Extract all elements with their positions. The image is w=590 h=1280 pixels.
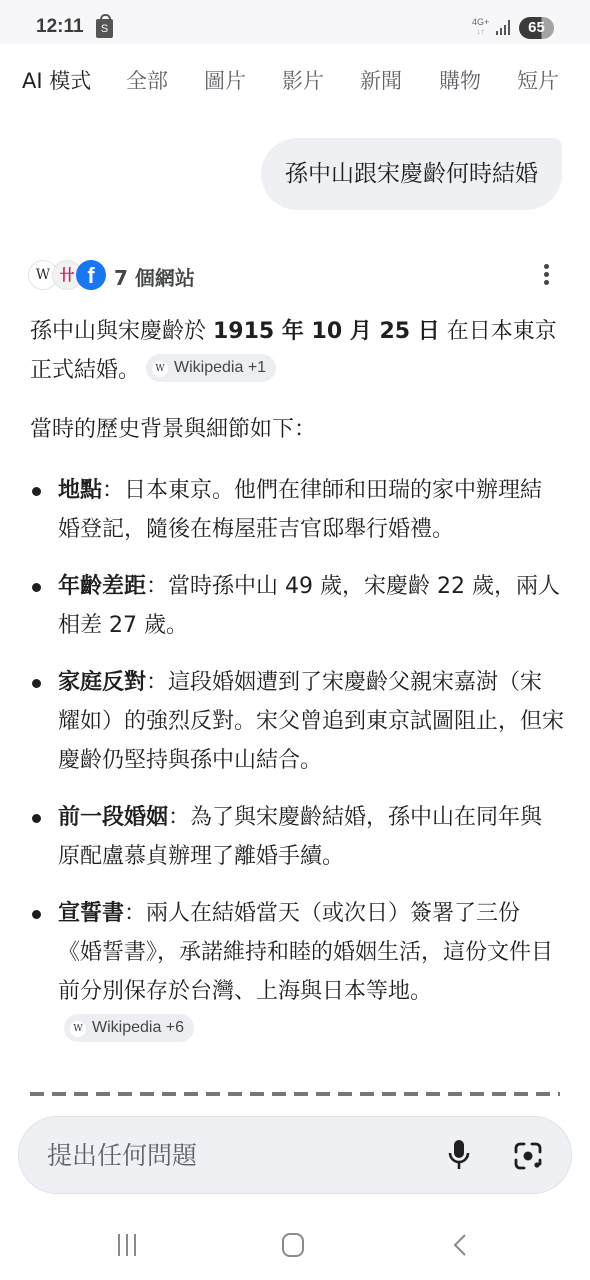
bullet-title: 地點	[58, 478, 102, 503]
answer-bullet-list: 地點：日本東京。他們在律師和田瑞的家中辦理結婚登記，隨後在梅屋莊吉官邸舉行婚禮。…	[30, 471, 564, 1050]
microphone-icon[interactable]	[447, 1139, 471, 1171]
signal-strength-icon	[496, 20, 512, 35]
answer-lead-text: 孫中山與宋慶齡於	[30, 319, 213, 344]
status-time: 12:11	[36, 16, 84, 38]
shopping-bag-icon: S	[96, 19, 113, 38]
tab-images[interactable]: 圖片	[204, 65, 246, 95]
list-item: 宣誓書：兩人在結婚當天（或次日）簽署了三份《婚誓書》，承諾維持和睦的婚姻生活，這…	[30, 894, 564, 1050]
ai-answer: 孫中山與宋慶齡於 1915 年 10 月 25 日 在日本東京正式結婚。WWik…	[30, 312, 564, 1068]
google-lens-icon[interactable]	[513, 1141, 543, 1171]
answer-lead: 孫中山與宋慶齡於 1915 年 10 月 25 日 在日本東京正式結婚。WWik…	[30, 312, 564, 390]
source-chip-wikipedia[interactable]: WWikipedia +6	[64, 1014, 194, 1042]
bullet-title: 前一段婚姻	[58, 805, 168, 830]
status-bar: 12:11 S 4G+ ↓↑ 65	[0, 0, 590, 44]
tab-ai-mode[interactable]: AI 模式	[22, 65, 91, 95]
home-icon[interactable]	[282, 1233, 304, 1257]
facebook-favicon-icon: f	[76, 260, 106, 290]
answer-date: 1915 年 10 月 25 日	[213, 319, 440, 344]
ask-input[interactable]	[47, 1117, 427, 1193]
answer-intro: 當時的歷史背景與細節如下：	[30, 410, 564, 449]
source-chip-label: Wikipedia +1	[174, 359, 266, 376]
user-query-bubble: 孫中山跟宋慶齡何時結婚	[261, 138, 562, 210]
list-item: 年齡差距：當時孫中山 49 歲，宋慶齡 22 歲，兩人相差 27 歲。	[30, 567, 564, 645]
bullet-title: 家庭反對	[58, 670, 146, 695]
bullet-title: 年齡差距	[58, 574, 146, 599]
system-navigation-bar	[0, 1210, 590, 1280]
bullet-text: ：日本東京。他們在律師和田瑞的家中辦理結婚登記，隨後在梅屋莊吉官邸舉行婚禮。	[58, 478, 542, 542]
bullet-title: 宣誓書	[58, 901, 124, 926]
source-chip-label: Wikipedia +6	[92, 1019, 184, 1036]
network-arrows: ↓↑	[472, 27, 489, 36]
tab-news[interactable]: 新聞	[360, 65, 402, 95]
tab-short-videos[interactable]: 短片	[517, 65, 559, 95]
recent-apps-icon[interactable]	[116, 1234, 140, 1256]
battery-icon: 65	[519, 17, 554, 39]
tab-videos[interactable]: 影片	[282, 65, 324, 95]
tab-shopping[interactable]: 購物	[439, 65, 481, 95]
sources-count[interactable]: 7 個網站	[114, 262, 195, 291]
search-mode-tabs: AI 模式 全部 圖片 影片 新聞 購物 短片	[0, 62, 590, 98]
network-type-label: 4G+	[472, 18, 489, 27]
list-item: 家庭反對：這段婚姻遭到了宋慶齡父親宋嘉澍（宋耀如）的強烈反對。宋父曾追到東京試圖…	[30, 663, 564, 780]
sources-row[interactable]: W 卄 f 7 個網站	[28, 258, 562, 292]
wikipedia-icon: W	[152, 361, 168, 377]
list-item: 地點：日本東京。他們在律師和田瑞的家中辦理結婚登記，隨後在梅屋莊吉官邸舉行婚禮。	[30, 471, 564, 549]
network-type-icon: 4G+ ↓↑	[472, 18, 489, 36]
wikipedia-icon: W	[70, 1021, 86, 1037]
tab-all[interactable]: 全部	[126, 65, 168, 95]
more-options-icon[interactable]	[544, 264, 550, 286]
list-item: 前一段婚姻：為了與宋慶齡結婚，孫中山在同年與原配盧慕貞辦理了離婚手續。	[30, 798, 564, 876]
bullet-text: ：兩人在結婚當天（或次日）簽署了三份《婚誓書》，承諾維持和睦的婚姻生活，這份文件…	[58, 901, 553, 1004]
source-chip-wikipedia[interactable]: WWikipedia +1	[146, 354, 276, 382]
clipped-text-line	[30, 1082, 560, 1096]
ask-bar	[18, 1116, 572, 1194]
back-icon[interactable]	[452, 1234, 468, 1256]
